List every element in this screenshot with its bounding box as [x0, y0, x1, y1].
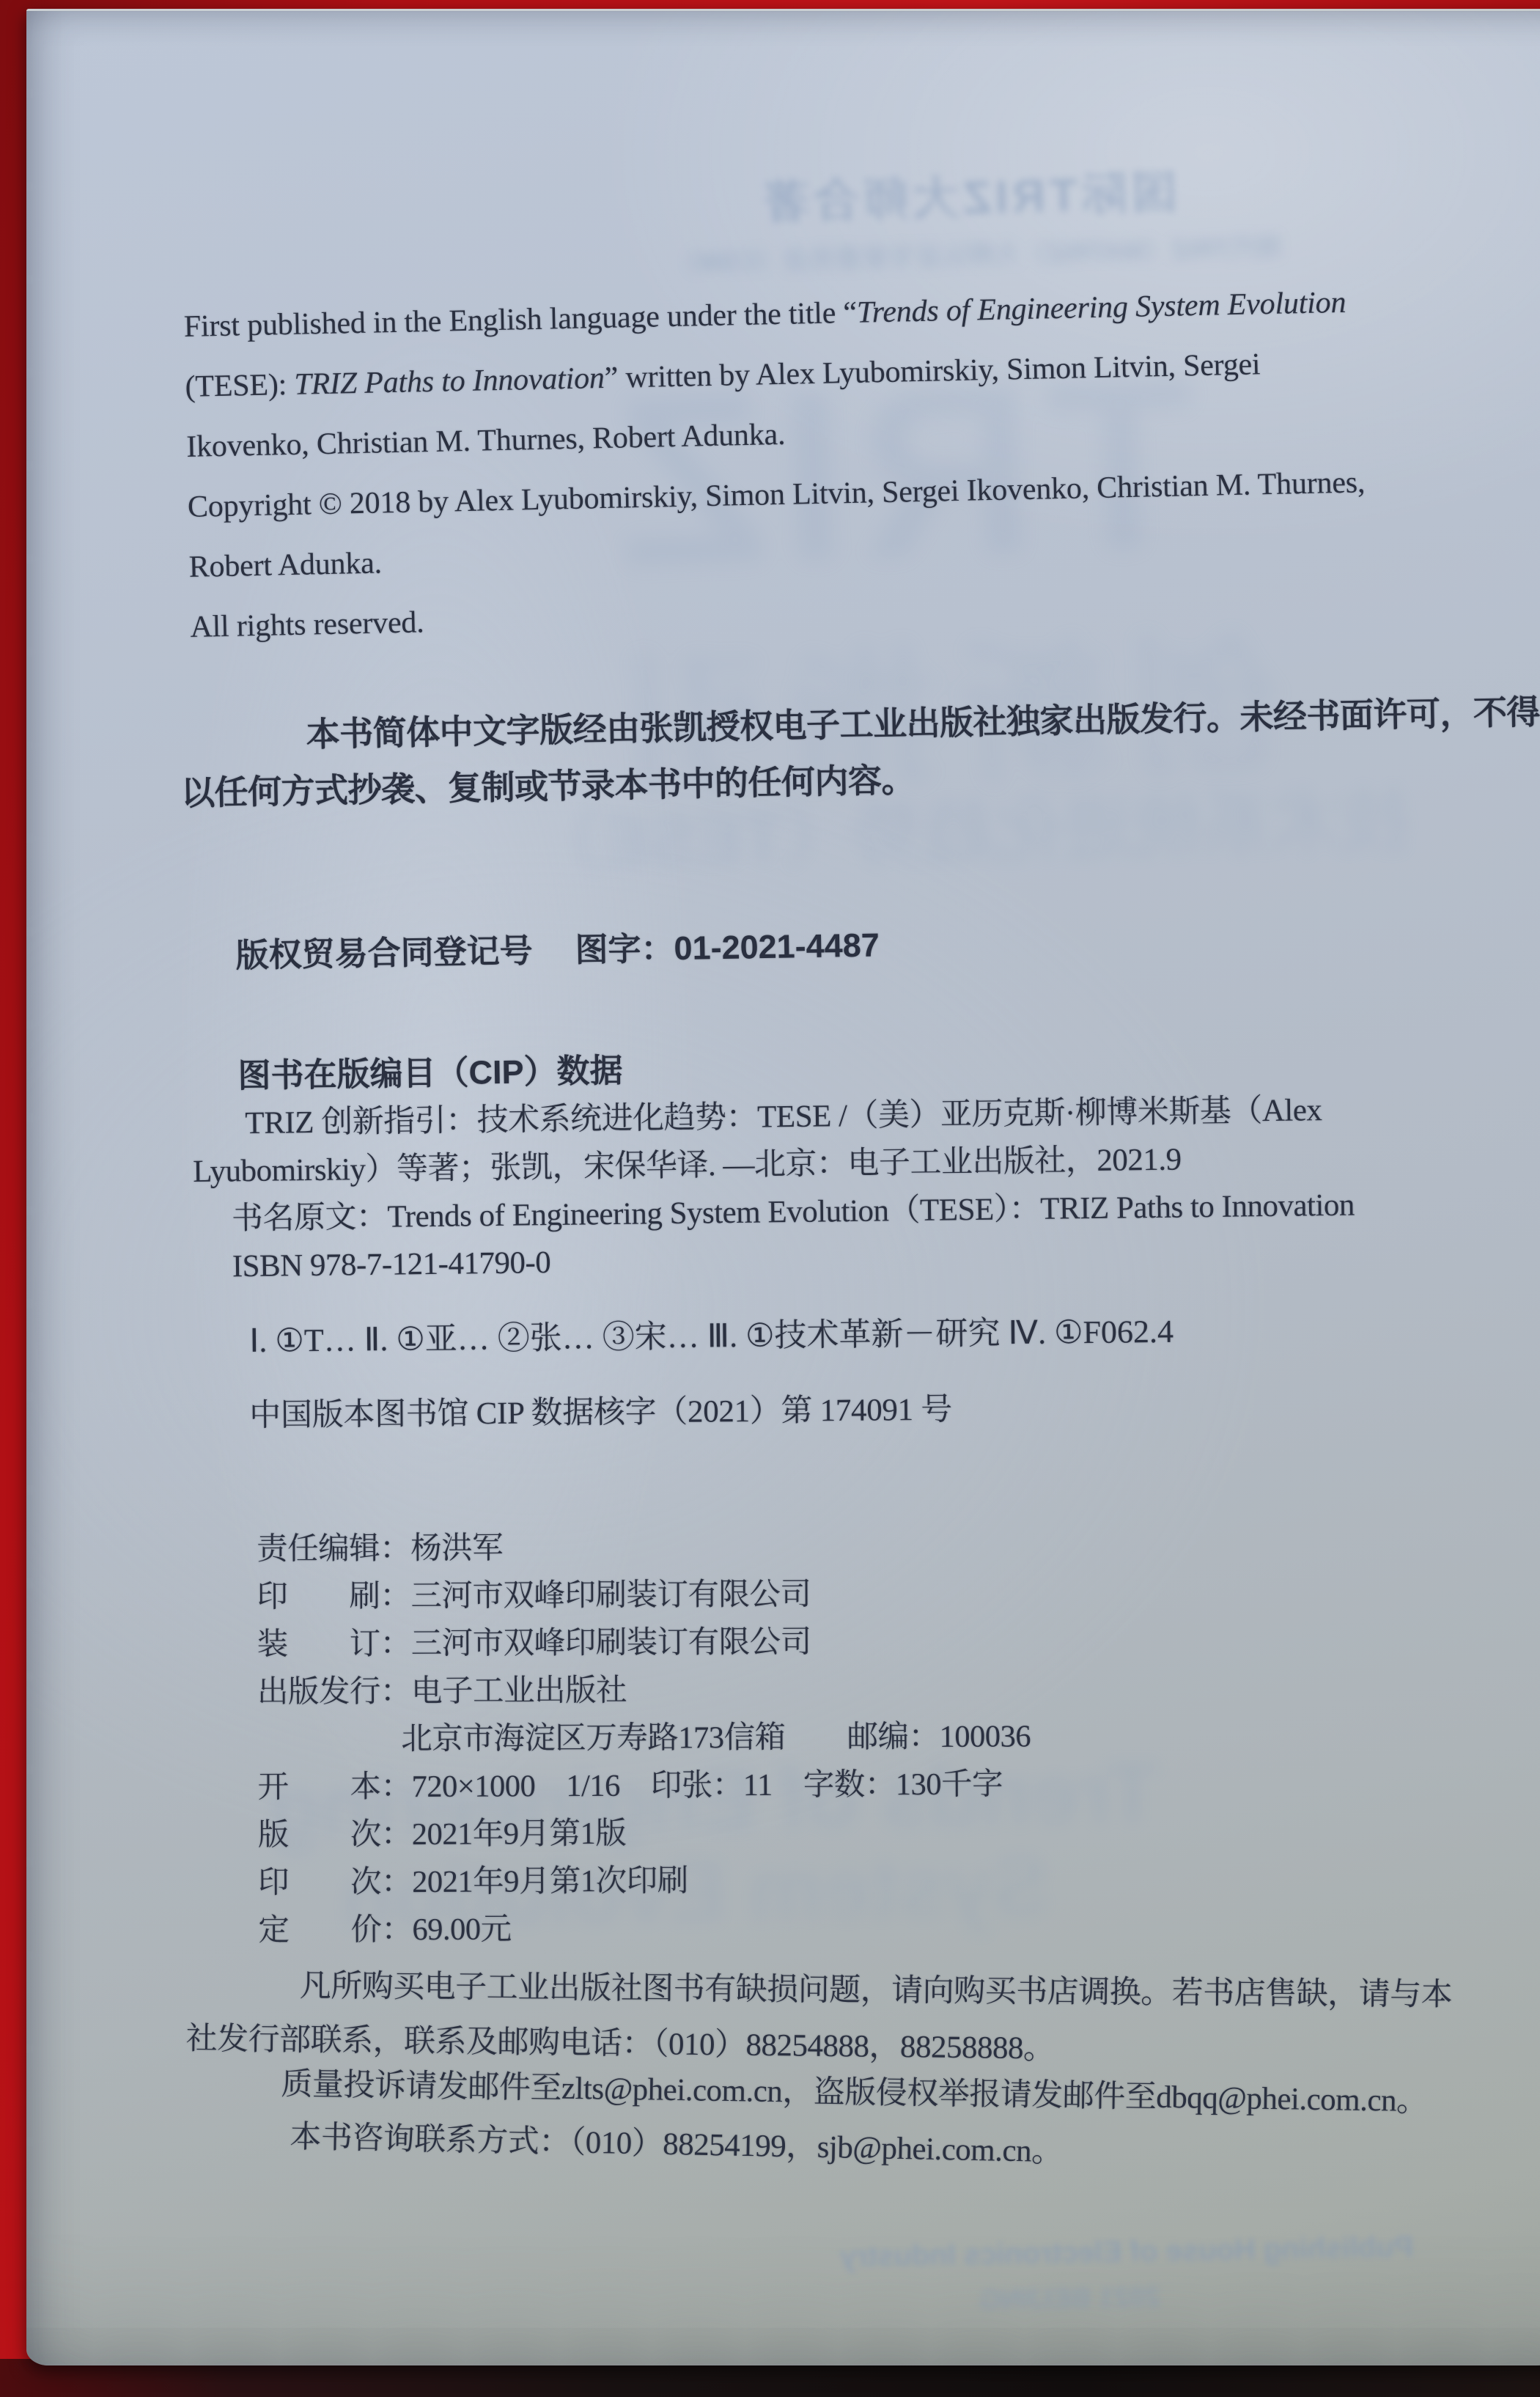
publication-value: 杨洪军: [410, 1531, 503, 1566]
publication-label: 责任编辑：: [257, 1531, 410, 1566]
copyright-text: First published in the English language …: [183, 296, 857, 344]
service-notice-line-3: 质量投诉请发邮件至zlts@phei.com.cn，盗版侵权举报请发邮件至dbq…: [281, 2059, 1428, 2121]
publication-row-binder: 装 订：三河市双峰印刷装订有限公司: [257, 1617, 1031, 1668]
publication-value: 720×1000 1/16 印张：11 字数：130千字: [411, 1767, 1003, 1805]
original-subtitle-italic: TRIZ Paths to Innovation: [294, 361, 605, 402]
photo-backdrop: 国际TRIZ大师合著 现代TRIZ（MATRIZ）大师认证专家委员会（CSM） …: [0, 0, 1540, 2397]
cip-heading: 图书在版编目（CIP）数据: [237, 1044, 623, 1097]
publication-label: 出版发行：: [257, 1674, 411, 1709]
publication-row-edition: 版 次：2021年9月第1版: [258, 1808, 1031, 1859]
copyright-text: ” written by Alex Lyubomirskiy, Simon Li…: [604, 347, 1261, 395]
ghost-cover-tagline: 国际TRIZ大师合著: [759, 156, 1178, 232]
copyright-text: (TESE):: [185, 368, 295, 404]
service-notice-line-1: 凡所购买电子工业出版社图书有缺损问题，请向购买书店调换。若书店售缺，请与本: [300, 1961, 1453, 2014]
publication-row-printer: 印 刷：三河市双峰印刷装订有限公司: [257, 1569, 1030, 1621]
publication-value: 北京市海淀区万寿路173信箱 邮编：100036: [401, 1719, 1031, 1756]
publication-value: 69.00元: [412, 1912, 511, 1947]
publication-label: 定 价：: [258, 1912, 412, 1948]
publication-value: 2021年9月第1次印刷: [412, 1863, 688, 1899]
cip-body: TRIZ 创新指引：技术系统进化趋势：TESE /（美）亚历克斯·柳博米斯基（A…: [192, 1086, 1355, 1291]
publication-info: 责任编辑：杨洪军 印 刷：三河市双峰印刷装订有限公司 装 订：三河市双峰印刷装订…: [257, 1522, 1031, 1954]
service-notice-line-4: 本书咨询联系方式：（010）88254199，sjb@phei.com.cn。: [290, 2112, 1063, 2171]
registration-code: 图字：01-2021-4487: [575, 926, 880, 968]
publication-row-address: 北京市海淀区万寿路173信箱 邮编：100036: [257, 1712, 1031, 1764]
publication-label: 印 次：: [258, 1865, 412, 1900]
publication-value: 电子工业出版社: [411, 1674, 627, 1709]
publication-value: 2021年9月第1版: [412, 1816, 627, 1852]
ghost-publisher-en: Publishing House of Electronics Industry: [840, 2231, 1414, 2274]
registration-line: 版权贸易合同登记号图字：01-2021-4487: [235, 918, 880, 976]
ghost-cover-subline: 现代TRIZ（MATRIZ）大师认证专家委员会（CSM）: [671, 227, 1282, 280]
cip-classification-line: Ⅰ. ①T… Ⅱ. ①亚… ②张… ③宋… Ⅲ. ①技术革新－研究 Ⅳ. ①F0…: [249, 1305, 1174, 1361]
english-copyright-block: First published in the English language …: [183, 272, 1368, 658]
license-notice: 本书简体中文字版经由张凯授权电子工业出版社独家出版发行。未经书面许可，不得 以任…: [180, 684, 1540, 822]
publication-row-publisher: 出版发行：电子工业出版社: [257, 1665, 1031, 1716]
publication-label: 印 刷：: [257, 1579, 410, 1614]
publication-label: 装 订：: [257, 1627, 411, 1662]
cip-record-line: 中国版本图书馆 CIP 数据核字（2021）第 174091 号: [249, 1385, 952, 1435]
registration-label: 版权贸易合同登记号: [235, 932, 533, 974]
publication-row-format: 开 本：720×1000 1/16 印张：11 字数：130千字: [257, 1760, 1031, 1811]
ghost-year-city: 2021 BEIJING: [979, 2282, 1161, 2316]
publication-row-editor: 责任编辑：杨洪军: [257, 1522, 1030, 1573]
publication-row-impression: 印 次：2021年9月第1次印刷: [258, 1855, 1031, 1907]
book-copyright-page: 国际TRIZ大师合著 现代TRIZ（MATRIZ）大师认证专家委员会（CSM） …: [26, 9, 1540, 2365]
publication-value: 三河市双峰印刷装订有限公司: [410, 1577, 811, 1613]
publication-row-price: 定 价：69.00元: [258, 1903, 1031, 1954]
publication-label: 版 次：: [258, 1817, 412, 1852]
publication-label: 开 本：: [257, 1770, 411, 1805]
publication-value: 三河市双峰印刷装订有限公司: [411, 1625, 811, 1661]
original-title-italic: Trends of Engineering System Evolution: [856, 286, 1346, 330]
